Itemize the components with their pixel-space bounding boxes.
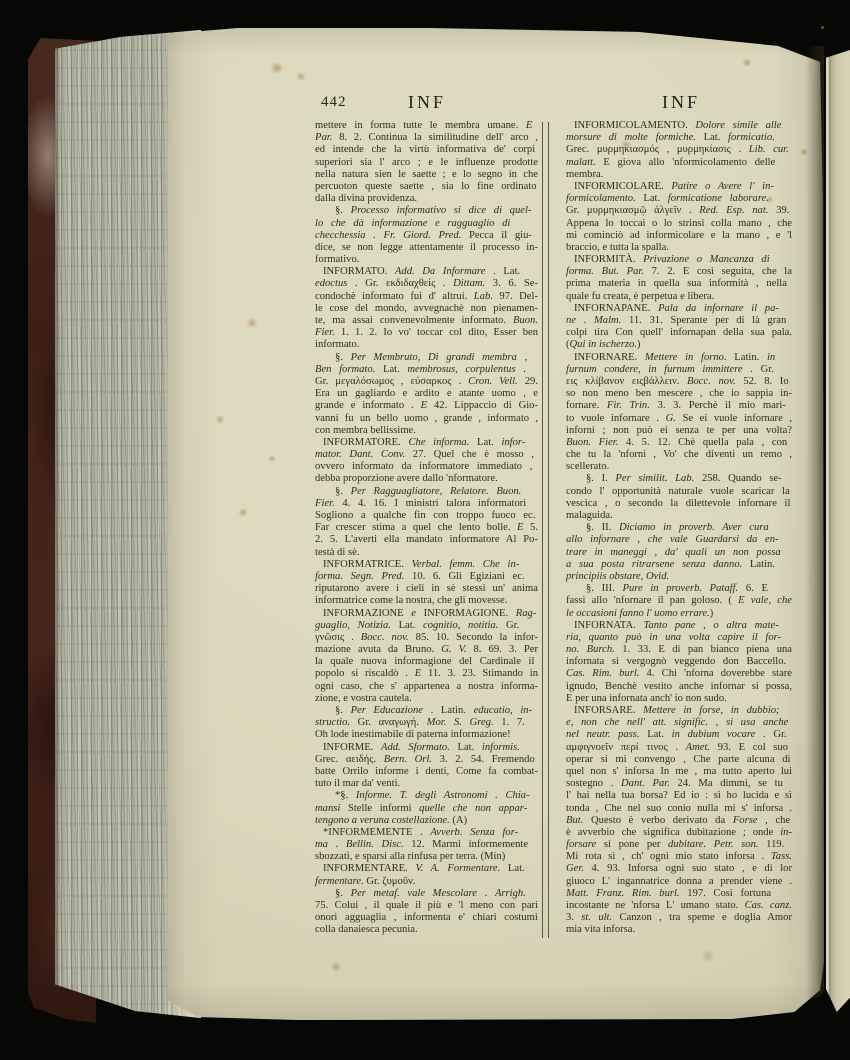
text-line: §. III. Pure in proverb. Pataff. 6. E — [566, 583, 792, 595]
text-line: quale fu creata, è perpetua e libera. — [566, 291, 792, 303]
text-line: ria, quanto può in una volta capire il f… — [566, 632, 792, 644]
text-line: Grec. αειδής. Bern. Orl. 3. 2. 54. Freme… — [315, 754, 538, 766]
text-line: popolo si riscaldò . E 11. 3. 23. Stiman… — [315, 668, 538, 680]
text-line: vescica , o secondo la dilettevole infor… — [566, 498, 792, 510]
text-line: *§. Informe. T. degli Astronomi . Chia- — [315, 790, 538, 802]
text-line: INFORMICOLAMENTO. Dolore simile alle — [566, 120, 792, 132]
text-line: incostante ne 'nforsa L' umano stato. Ca… — [566, 900, 792, 912]
foxing-spot — [620, 140, 632, 150]
text-line: 2. 5. L'averti ella mandato informatore … — [315, 534, 538, 546]
text-line: edoctus . Gr. εκδιδαχθείς . Dittam. 3. 6… — [315, 278, 538, 290]
text-line: condochè informato fui d' altrui. Lab. 9… — [315, 291, 538, 303]
text-line: §. Per metaf. vale Mescolare . Arrigh. — [315, 888, 538, 900]
text-line: INFORMENTARE. V. A. Formentare. Lat. — [315, 863, 538, 875]
text-line: INFORME. Add. Sformato. Lat. informis. — [315, 742, 538, 754]
foxing-spot — [330, 962, 342, 972]
text-line: INFORMATORE. Che informa. Lat. infor- — [315, 437, 538, 449]
text-line: INFORNAPANE. Pala da infornare il pa- — [566, 303, 792, 315]
text-line: INFORSARE. Mettere in forse, in dubbio; — [566, 705, 792, 717]
foxing-spot — [766, 196, 774, 203]
text-line: εις κλίβανον ειςβάλλειν. Bocc. nov. 52. … — [566, 376, 792, 388]
text-line: e, non che nell' att. signific. , si usa… — [566, 717, 792, 729]
text-line: principiis obstare, Ovid. — [566, 571, 792, 583]
foxing-spot — [296, 72, 306, 81]
text-line: a sua posta ritrarsene senza danno. Lati… — [566, 559, 792, 571]
text-line: mettere in forma tutte le membra umane. … — [315, 120, 538, 132]
text-line: la quale nuova informagione del Cardinal… — [315, 656, 538, 668]
text-line: batte Orrilo informe i denti, Come fa co… — [315, 766, 538, 778]
text-line: checchessia . Fr. Giord. Pred. Pecca il … — [315, 230, 538, 242]
text-line: giuoco L' ingannatrice donna a prender v… — [566, 876, 792, 888]
text-line: superiori sia l' arco ; e le influenze p… — [315, 157, 538, 169]
text-line: INFORMATO. Add. Da Informare . Lat. — [315, 266, 538, 278]
text-line: Mi rota sì , ch' ogni mio stato inforsa … — [566, 851, 792, 863]
text-line: colpi tira Con quell' infornapan della s… — [566, 327, 792, 339]
text-line: ogni caso, che s' appartenea a nostra in… — [315, 681, 538, 693]
text-line: forma. But. Par. 7. 2. E così seguita, c… — [566, 266, 792, 278]
text-line: Grec. μυρμηκιασμός , μυρμηκίασις . Lib. … — [566, 144, 792, 156]
gutter-shadow — [806, 46, 824, 998]
text-line: le cose del mondo, avvegnachè non pienam… — [315, 303, 538, 315]
text-line: furnum condere, in furnum immittere . Gr… — [566, 364, 792, 376]
foxing-spot — [215, 415, 225, 424]
text-line: fermentare. Gr. ζυμοῦν. — [315, 876, 538, 888]
text-column-right: INFORMICOLAMENTO. Dolore simile allemors… — [566, 120, 792, 937]
text-line: morsure di molte formiche. Lat. formicat… — [566, 132, 792, 144]
text-line: dice, se non legge attentamente il proce… — [315, 242, 538, 254]
text-line: mazione avuta da Bruno. G. V. 8. 69. 3. … — [315, 644, 538, 656]
text-line: condo l' opportunità naturale vuole scar… — [566, 486, 792, 498]
text-line: testà di sè. — [315, 547, 538, 559]
book-page: 442 INF INF mettere in forma tutte le me… — [165, 26, 824, 1022]
foxing-spot — [700, 950, 716, 962]
text-line: formativo. — [315, 254, 538, 266]
text-line: vanni fu un bello uomo , grande , inform… — [315, 413, 538, 425]
text-line: malaguida. — [566, 510, 792, 522]
text-line: informatrice come la nostra, che gli mov… — [315, 595, 538, 607]
text-line: Gr. μεγαλόσωμος , εύσαρκος . Cron. Vell.… — [315, 376, 538, 388]
text-line: forma. Segn. Pred. 10. 6. Gli Egiziani e… — [315, 571, 538, 583]
text-line: membra. — [566, 169, 792, 181]
text-line: Par. 8. 2. Continua la similitudine dell… — [315, 132, 538, 144]
text-line: braccio, e tutta la spalla. — [566, 242, 792, 254]
text-line: But. Questo è verbo derivato da Forse , … — [566, 815, 792, 827]
text-line: Gr. μυρμηκιασμῷ ἀλγεῖν . Red. Esp. nat. … — [566, 205, 792, 217]
page-number: 442 — [321, 94, 347, 111]
text-line: Ben formato. Lat. membrosus, corpulentus… — [315, 364, 538, 376]
text-line: §. II. Diciamo in proverb. Aver cura — [566, 522, 792, 534]
foxing-spot — [238, 508, 248, 517]
foxing-spot — [432, 97, 440, 104]
text-line: scellerato. — [566, 461, 792, 473]
text-line: trare in maneggi , da' quali un non poss… — [566, 547, 792, 559]
photo-background: 442 INF INF mettere in forma tutte le me… — [0, 0, 850, 1060]
text-line: informato. — [315, 339, 538, 351]
text-line: zione, e vostra cautela. — [315, 693, 538, 705]
text-line: fassi allo 'nfornare il pan goloso. ( E … — [566, 595, 792, 607]
text-column-left: mettere in forma tutte le membra umane. … — [315, 120, 538, 937]
text-line: l' hai nella tua borsa? Ed io : sì ho lu… — [566, 790, 792, 802]
text-line: colla danaiesca pecunia. — [315, 924, 538, 936]
text-line: dalla divina providenza. — [315, 193, 538, 205]
text-line: infornata si vergognò veggendo don Bacce… — [566, 656, 792, 668]
text-line: ovvero informato da informatore immediat… — [315, 461, 538, 473]
text-line: *INFORMEMENTE . Avverb. Senza for- — [315, 827, 538, 839]
text-line: tengono a veruna costellazione. (A) — [315, 815, 538, 827]
text-line: che tu la 'nforni , Vo' che diventi un r… — [566, 449, 792, 461]
text-line: Ger. 4. 93. Inforsa ogni suo stato , e d… — [566, 863, 792, 875]
running-head-right: INF — [662, 92, 700, 113]
text-line: to vuole infornare . G. Se ei vuole info… — [566, 413, 792, 425]
text-line: forsare si pone per dubitare. Petr. son.… — [566, 839, 792, 851]
text-line: Far crescer stima a quel che lento bolle… — [315, 522, 538, 534]
text-line: (Qui in ischerzo.) — [566, 339, 792, 351]
text-line: 3. st. ult. Canzon , tra speme e doglia … — [566, 912, 792, 924]
text-line: §. Per Membruto, Di grandi membra , — [315, 352, 538, 364]
text-line: §. I. Per similit. Lab. 258. Quando se- — [566, 473, 792, 485]
text-line: prima materia in quella sua informità , … — [566, 278, 792, 290]
text-line: quel non s' inforsa In me , ma tutto ape… — [566, 766, 792, 778]
text-line: INFORMICOLARE. Patire o Avere l' in- — [566, 181, 792, 193]
text-line: Fier. 1. 1. 2. Io vo' toccar col dito, E… — [315, 327, 538, 339]
text-line: E per una infornata anch' io non sudo. — [566, 693, 792, 705]
foxing-spot — [268, 455, 276, 462]
text-line: INFORMITÀ. Privazione o Mancanza di — [566, 254, 792, 266]
foxing-spot — [742, 58, 752, 67]
text-line: INFORNARE. Mettere in forno. Latin. in — [566, 352, 792, 364]
text-line: §. Per Educazione . Latin. educatio, in- — [315, 705, 538, 717]
text-line: fornare. Fir. Trin. 3. 3. Perchè il mio … — [566, 400, 792, 412]
facing-page-edge — [826, 50, 850, 1012]
text-line: nella natura sien le saette ; e lo segno… — [315, 169, 538, 181]
text-line: nel neutr. pass. Lat. in dubium vocare .… — [566, 729, 792, 741]
text-line: Era un gagliardo e ardito e atante uomo … — [315, 388, 538, 400]
text-line: grande e informato . E 42. Lippaccio di … — [315, 400, 538, 412]
text-line: §. Per Ragguagliatore, Relatore. Buon. — [315, 486, 538, 498]
column-divider — [542, 122, 549, 938]
text-line: Buon. Fier. 4. 5. 12. Chè quella pala , … — [566, 437, 792, 449]
text-line: Oh lode inestimabile di paterna informaz… — [315, 729, 538, 741]
text-line: Matt. Franz. Rim. burl. 197. Così fortun… — [566, 888, 792, 900]
text-line: mi cominciò ad informicolare e la mano ,… — [566, 230, 792, 242]
text-line: INFORNATA. Tanto pane , o altra mate- — [566, 620, 792, 632]
text-line: Fier. 4. 4. 16. I ministri talora inform… — [315, 498, 538, 510]
text-line: sbozzati, e sparsi alla rinfusa per terr… — [315, 851, 538, 863]
text-line: tonda , Che nel suo conio nulla mi s' in… — [566, 803, 792, 815]
text-line: ne . Malm. 11. 31. Sperante per di là gr… — [566, 315, 792, 327]
running-head-left: INF — [408, 92, 446, 113]
text-line: tuto il mar da' venti. — [315, 778, 538, 790]
text-line: debba proporzione avere dallo 'nformator… — [315, 473, 538, 485]
text-line: malatt. E giova allo 'nformicolamento de… — [566, 157, 792, 169]
text-line: so non meno ben mescere , che io sappia … — [566, 388, 792, 400]
text-line: lo che dà informazione e ragguaglio di — [315, 218, 538, 230]
text-line: mansi Stelle informi quelle che non appa… — [315, 803, 538, 815]
text-line: onori agguaglia , informenta e' chiari c… — [315, 912, 538, 924]
text-line: §. Processo informativo si dice di quel- — [315, 205, 538, 217]
text-line: 75. Colui , il quale il più e 'l meno co… — [315, 900, 538, 912]
text-line: Appena lo toccai o lo strinsi colla mano… — [566, 218, 792, 230]
text-line: ed intende che la virtù informativa de' … — [315, 144, 538, 156]
text-line: αμφιγνοεῖν περί τινος . Amet. 93. E col … — [566, 742, 792, 754]
text-line: INFORMAZIONE e INFORMAGIONE. Rag- — [315, 608, 538, 620]
text-line: sostegno . Dant. Par. 24. Ma dimmi, se t… — [566, 778, 792, 790]
text-line: Sogliono a qualche fin con troppo fuoco … — [315, 510, 538, 522]
text-line: mia vita inforsa. — [566, 924, 792, 936]
foxing-spot — [270, 62, 284, 74]
foxing-spot — [246, 318, 258, 328]
text-line: riputarono avere i cieli in sè stessi un… — [315, 583, 538, 595]
text-line: inforni ; non può ei senza te per una vo… — [566, 425, 792, 437]
text-line: allo infornare , che vale Guardarsi da e… — [566, 534, 792, 546]
text-line: percuoton queste saette , sia lo fine or… — [315, 181, 538, 193]
text-line: ignudo, Benchè vestito anche infornar si… — [566, 681, 792, 693]
text-line: INFORMATRICE. Verbal. femm. Che in- — [315, 559, 538, 571]
text-line: γνῶσις . Bocc. nov. 85. 10. Secondo la i… — [315, 632, 538, 644]
text-line: Cas. Rim. burl. 4. Chi 'nforna doverebbe… — [566, 668, 792, 680]
text-line: operar si mi convengo , Che parte alcuna… — [566, 754, 792, 766]
text-line: con membra bellissime. — [315, 425, 538, 437]
text-line: structio. Gr. αναγωγή. Mor. S. Greg. 1. … — [315, 717, 538, 729]
text-line: è avverbio che significa dubitazione ; o… — [566, 827, 792, 839]
text-line: mator. Dant. Conv. 27. Quel che è mosso … — [315, 449, 538, 461]
text-line: guaglio, Notizia. Lat. cognitio, notitia… — [315, 620, 538, 632]
text-line: formicolamento. Lat. formicatione labora… — [566, 193, 792, 205]
text-line: te, ma assai convenevolmente informato. … — [315, 315, 538, 327]
text-line: le occasioni fanno l' uomo errare.) — [566, 608, 792, 620]
dust-speck — [821, 26, 824, 29]
text-line: ma . Bellin. Disc. 12. Marmi informement… — [315, 839, 538, 851]
text-line: no. Burch. 1. 33. E di pan bianco piena … — [566, 644, 792, 656]
